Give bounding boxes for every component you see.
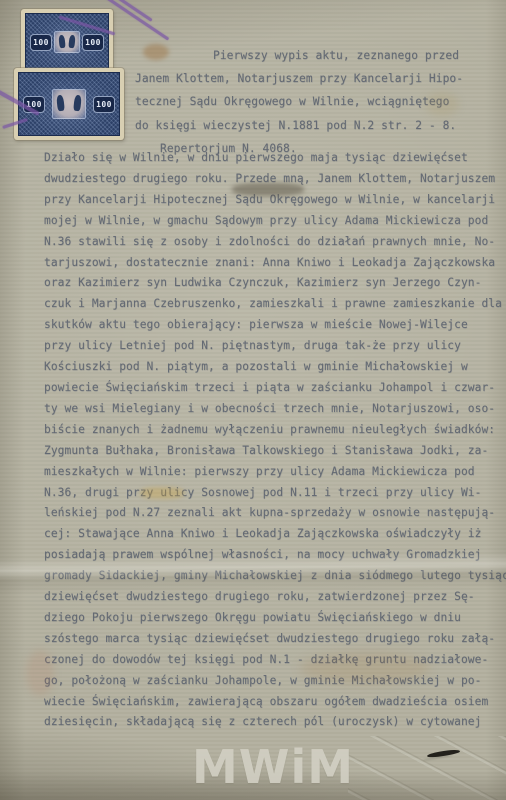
typewritten-line: czonej do dowodów tej księgi pod N.1 - d…: [44, 650, 500, 671]
eagle-figure-icon: [58, 35, 65, 49]
typewritten-line: przy Kancelarji Hipotecznej Sądu Okręgow…: [44, 190, 500, 211]
typewritten-line: tarjuszowi, dostatecznie znani: Anna Kni…: [44, 253, 500, 274]
fold-crease: [0, 553, 506, 595]
typewritten-line: N.36 stawili się z osoby i zdolności do …: [44, 232, 500, 253]
eagle-figure-icon: [56, 95, 65, 112]
deed-body: Działo się w Wilnie, w dniu pierwszego m…: [44, 148, 500, 733]
typewritten-line: oraz Kazimierz syn Ludwika Czynczuk, Kaz…: [44, 273, 500, 294]
typewritten-line: dziesięcin, składającą się z czterech pó…: [44, 712, 500, 733]
typewritten-line: do księgi wieczystej N.1881 pod N.2 str.…: [135, 114, 495, 137]
typewritten-line: powiecie Święciańskim trzeci i piąta w z…: [44, 378, 500, 399]
typewritten-line: szóstego marca tysiąc dziewięćset dwudzi…: [44, 629, 500, 650]
typewritten-line: Działo się w Wilnie, w dniu pierwszego m…: [44, 148, 500, 169]
typewritten-line: Zygmunta Bułhaka, Bronisława Talkowskieg…: [44, 441, 500, 462]
revenue-stamp-bottom: 100 100: [14, 68, 124, 140]
typewritten-line: N.36, drugi przy ulicy Sosnowej pod N.11…: [44, 483, 500, 504]
typewritten-line: tecznej Sądu Okręgowego w Wilnie, wciągn…: [135, 90, 495, 113]
typewritten-line: ty we wsi Mielegiany i w obecności trzec…: [44, 399, 500, 420]
stamp-emblem: [54, 31, 80, 53]
typewritten-line: biście znanych i żadnemu wyłączeniu praw…: [44, 420, 500, 441]
typewritten-line: Janem Klottem, Notarjuszem przy Kancelar…: [135, 67, 495, 90]
typewritten-line: czuk i Marjanna Czebruszenko, zamieszkal…: [44, 294, 500, 315]
typewritten-line: mieszkałych w Wilnie: pierwszy przy ulic…: [44, 462, 500, 483]
typewritten-line: leńskiej pod N.27 zeznali akt kupna-sprz…: [44, 503, 500, 524]
revenue-stamp-bottom-engraving: 100 100: [18, 72, 120, 136]
stamp-denomination: 100: [30, 34, 52, 51]
typewritten-line: dziego Pokoju pierwszego Okręgu powiatu …: [44, 608, 500, 629]
stamp-emblem: [52, 89, 86, 119]
eagle-figure-icon: [73, 95, 82, 112]
typewritten-line: skutków aktu tego obierający: pierwsza w…: [44, 315, 500, 336]
typewritten-line: przy ulicy Letniej pod N. piętnastym, dr…: [44, 336, 500, 357]
archive-watermark: MWiM: [192, 740, 354, 794]
eagle-figure-icon: [68, 35, 75, 49]
stamp-denomination: 100: [93, 96, 115, 113]
document-page: 100 100 100 100 Pierwszy wypis aktu, zez…: [0, 0, 506, 800]
stamp-denomination: 100: [82, 34, 104, 51]
typewritten-line: wiecie Święciańskim, zawierającą obszaru…: [44, 692, 500, 713]
typewritten-line: dwudziestego drugiego roku. Przede mną, …: [44, 169, 500, 190]
deed-header: Pierwszy wypis aktu, zeznanego przed Jan…: [135, 44, 495, 160]
typewritten-line: Pierwszy wypis aktu, zeznanego przed: [135, 44, 495, 67]
typewritten-line: mojej w Wilnie, w gmachu Sądowym przy ul…: [44, 211, 500, 232]
typewritten-line: Kościuszki pod N. piątym, a pozostali w …: [44, 357, 500, 378]
typewritten-line: cej: Stawające Anna Kniwo i Leokadja Zaj…: [44, 524, 500, 545]
revenue-stamp-top-engraving: 100 100: [25, 13, 109, 71]
typewritten-line: go, położoną w zaścianku Johampole, w gm…: [44, 671, 500, 692]
